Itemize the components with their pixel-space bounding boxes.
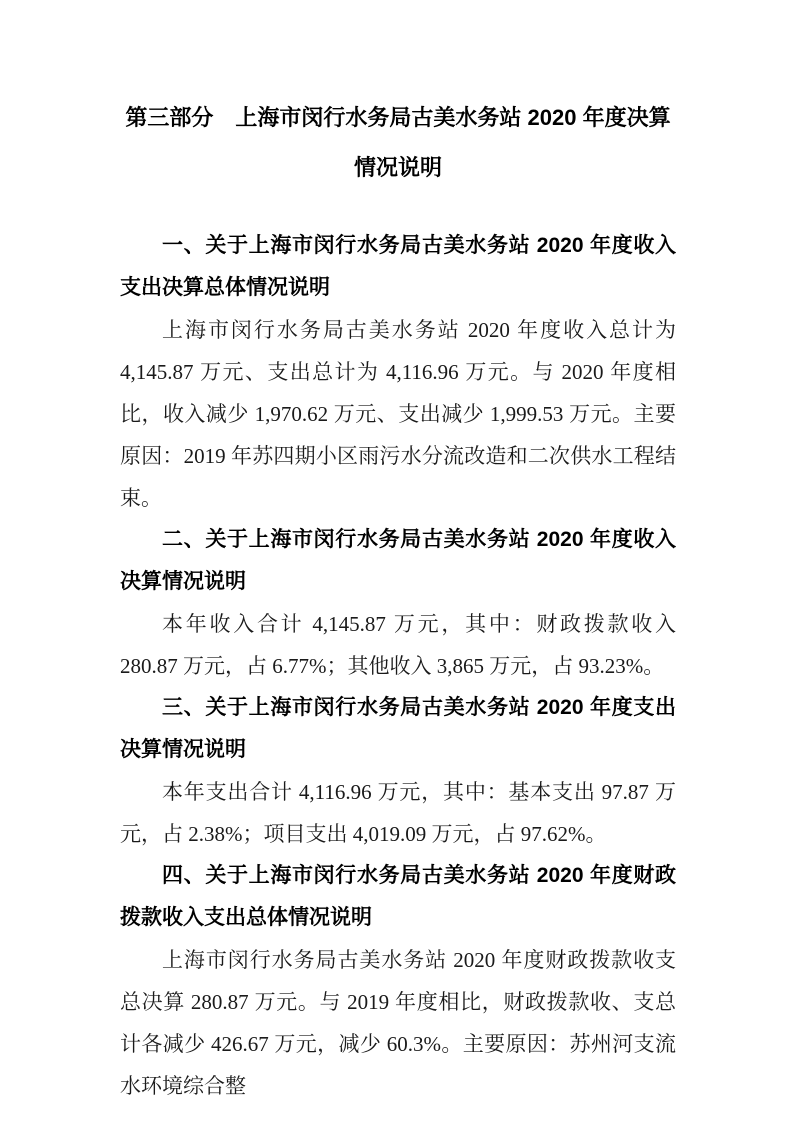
section-4-heading: 四、关于上海市闵行水务局古美水务站 2020 年度财政拨款收入支出总体情况说明 <box>120 855 676 939</box>
document-title-line-2: 情况说明 <box>120 143 676 193</box>
section-expenditure-statement: 三、关于上海市闵行水务局古美水务站 2020 年度支出决算情况说明 本年支出合计… <box>120 687 676 855</box>
section-4-paragraph: 上海市闵行水务局古美水务站 2020 年度财政拨款收支总决算 280.87 万元… <box>120 939 676 1107</box>
section-2-paragraph: 本年收入合计 4,145.87 万元，其中：财政拨款收入 280.87 万元，占… <box>120 603 676 687</box>
section-1-heading: 一、关于上海市闵行水务局古美水务站 2020 年度收入支出决算总体情况说明 <box>120 225 676 309</box>
section-income-statement: 二、关于上海市闵行水务局古美水务站 2020 年度收入决算情况说明 本年收入合计… <box>120 519 676 687</box>
section-income-expenditure-overview: 一、关于上海市闵行水务局古美水务站 2020 年度收入支出决算总体情况说明 上海… <box>120 225 676 519</box>
document-page: 第三部分 上海市闵行水务局古美水务站 2020 年度决算 情况说明 一、关于上海… <box>0 0 793 1122</box>
section-3-heading: 三、关于上海市闵行水务局古美水务站 2020 年度支出决算情况说明 <box>120 687 676 771</box>
document-title: 第三部分 上海市闵行水务局古美水务站 2020 年度决算 情况说明 <box>120 93 676 193</box>
section-3-paragraph: 本年支出合计 4,116.96 万元，其中：基本支出 97.87 万元，占 2.… <box>120 771 676 855</box>
section-1-paragraph: 上海市闵行水务局古美水务站 2020 年度收入总计为 4,145.87 万元、支… <box>120 309 676 519</box>
section-fiscal-appropriation-overview: 四、关于上海市闵行水务局古美水务站 2020 年度财政拨款收入支出总体情况说明 … <box>120 855 676 1107</box>
section-2-heading: 二、关于上海市闵行水务局古美水务站 2020 年度收入决算情况说明 <box>120 519 676 603</box>
document-title-line-1: 第三部分 上海市闵行水务局古美水务站 2020 年度决算 <box>120 93 676 143</box>
